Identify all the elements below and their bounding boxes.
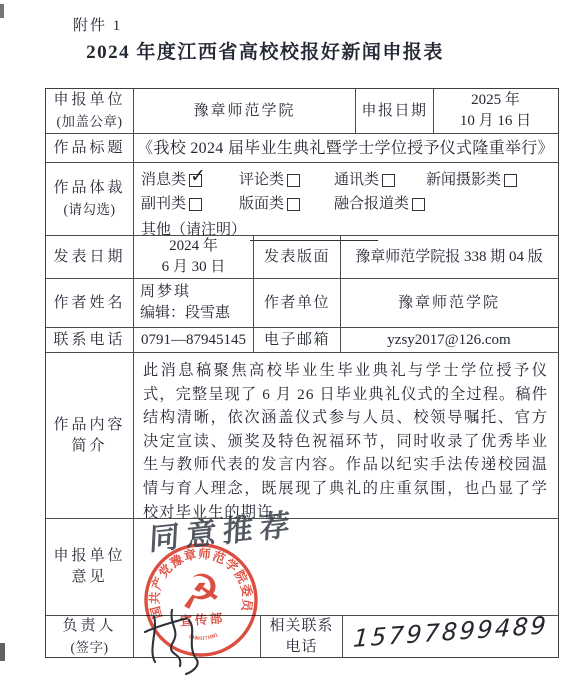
application-form-table: 申报单位 (加盖公章) 豫章师范学院 申报日期 2025 年 10 月 16 日… bbox=[45, 88, 559, 658]
email-value: yzsy2017@126.com bbox=[341, 328, 557, 352]
checkbox-icon bbox=[412, 198, 425, 211]
genre-options-line1: 消息类 ✓ 评论类 通讯类 新闻摄影类 bbox=[141, 168, 555, 192]
summary-value: 此消息稿聚焦高校毕业生毕业典礼与学士学位授予仪式，完整呈现了 6 月 26 日毕… bbox=[134, 353, 557, 518]
checkbox-icon bbox=[189, 198, 202, 211]
genre-options-line2: 副刊类 版面类 融合报道类 bbox=[141, 192, 555, 216]
table-row: 作品内容 简介 此消息稿聚焦高校毕业生毕业典礼与学士学位授予仪式，完整呈现了 6… bbox=[46, 353, 558, 519]
check-icon: ✓ bbox=[190, 166, 206, 187]
genre-option-communication: 通讯类 bbox=[334, 170, 426, 191]
table-row: 申报单位 意见 同意推荐 中国共产党豫章师范学院委员会 ☭ 宣传部 bbox=[46, 519, 558, 616]
declare-date-label: 申报日期 bbox=[356, 89, 434, 133]
scanned-form-page: { "page": { "attachment_label": "附件 1", … bbox=[0, 0, 578, 683]
scan-artifact-bottom-left bbox=[0, 643, 5, 661]
publish-page-value: 豫章师范学院报 338 期 04 版 bbox=[341, 236, 557, 278]
unit-opinion-label: 申报单位 意见 bbox=[46, 519, 134, 615]
work-title-value: 《我校 2024 届毕业生典礼暨学士学位授予仪式隆重举行》 bbox=[134, 134, 557, 162]
summary-label: 作品内容 简介 bbox=[46, 353, 134, 518]
table-row: 申报单位 (加盖公章) 豫章师范学院 申报日期 2025 年 10 月 16 日 bbox=[46, 89, 558, 134]
contact-phone-label: 相关联系 电话 bbox=[261, 616, 343, 658]
responsible-label: 负责人 (签字) bbox=[46, 616, 134, 658]
checkbox-icon bbox=[287, 174, 300, 187]
email-label: 电子邮箱 bbox=[254, 328, 341, 352]
author-value: 周梦琪 编辑：段雪惠 bbox=[134, 279, 254, 327]
publish-date-value: 2024 年 6 月 30 日 bbox=[134, 236, 254, 278]
table-row: 作品体裁 (请勾选) 消息类 ✓ 评论类 通讯类 新闻摄影类 bbox=[46, 163, 558, 236]
author-unit-value: 豫章师范学院 bbox=[341, 279, 557, 327]
checkbox-icon bbox=[287, 198, 300, 211]
contact-phone-value-area: 15797899489 bbox=[343, 616, 557, 658]
work-title-label: 作品标题 bbox=[46, 134, 134, 162]
phone-value: 0791—87945145 bbox=[134, 328, 254, 352]
author-label: 作者姓名 bbox=[46, 279, 134, 327]
genre-option-converged: 融合报道类 bbox=[334, 194, 425, 215]
table-row: 作者姓名 周梦琪 编辑：段雪惠 作者单位 豫章师范学院 bbox=[46, 279, 558, 328]
scan-artifact-top-left bbox=[0, 4, 4, 18]
table-row: 联系电话 0791—87945145 电子邮箱 yzsy2017@126.com bbox=[46, 328, 558, 353]
handwritten-phone-number: 15797899489 bbox=[352, 615, 548, 650]
phone-label: 联系电话 bbox=[46, 328, 134, 352]
hammer-sickle-icon: ☭ bbox=[178, 564, 224, 622]
genre-option-commentary: 评论类 bbox=[239, 170, 334, 191]
checkbox-checked-icon: ✓ bbox=[189, 174, 202, 187]
checkbox-icon bbox=[504, 174, 517, 187]
table-row: 发表日期 2024 年 6 月 30 日 发表版面 豫章师范学院报 338 期 … bbox=[46, 236, 558, 279]
table-row: 作品标题 《我校 2024 届毕业生典礼暨学士学位授予仪式隆重举行》 bbox=[46, 134, 558, 163]
publish-date-label: 发表日期 bbox=[46, 236, 134, 278]
genre-option-news: 消息类 ✓ bbox=[141, 170, 239, 191]
genre-label: 作品体裁 (请勾选) bbox=[46, 163, 134, 235]
attachment-label: 附件 1 bbox=[73, 14, 122, 35]
page-title: 2024 年度江西省高校校报好新闻申报表 bbox=[0, 37, 530, 64]
declaring-unit-value: 豫章师范学院 bbox=[134, 89, 356, 133]
checkbox-icon bbox=[382, 174, 395, 187]
publish-page-label: 发表版面 bbox=[254, 236, 341, 278]
genre-option-supplement: 副刊类 bbox=[141, 194, 239, 215]
genre-option-layout: 版面类 bbox=[239, 194, 334, 215]
genre-option-photography: 新闻摄影类 bbox=[426, 170, 517, 191]
author-unit-label: 作者单位 bbox=[254, 279, 341, 327]
genre-options: 消息类 ✓ 评论类 通讯类 新闻摄影类 副刊类 bbox=[134, 163, 557, 235]
unit-opinion-area: 同意推荐 中国共产党豫章师范学院委员会 ☭ 宣传部 01001171001 bbox=[134, 519, 557, 615]
declare-date-value: 2025 年 10 月 16 日 bbox=[434, 89, 557, 133]
handwritten-approval-note: 同意推荐 bbox=[149, 514, 297, 551]
responsible-signature-area bbox=[134, 616, 261, 658]
table-row: 负责人 (签字) 相关联系 电话 15797899489 bbox=[46, 616, 558, 658]
declaring-unit-label: 申报单位 (加盖公章) bbox=[46, 89, 134, 133]
